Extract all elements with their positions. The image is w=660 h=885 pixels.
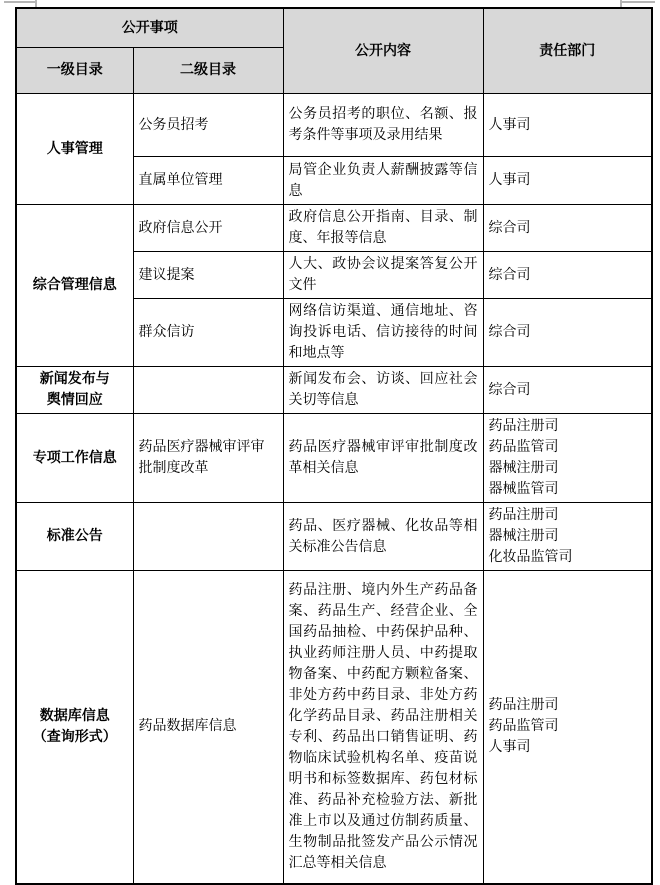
- cell-level1-news: 新闻发布与 舆情回应: [16, 367, 133, 414]
- table-row: 新闻发布与 舆情回应 新闻发布会、访谈、回应社会关切等信息 综合司: [16, 367, 652, 414]
- cell-level1-special-work: 专项工作信息: [16, 414, 133, 503]
- cell-content: 政府信息公开指南、目录、制度、年报等信息: [283, 205, 483, 252]
- header-responsible-department: 责任部门: [483, 8, 652, 94]
- cell-level2: 政府信息公开: [133, 205, 283, 252]
- cell-content: 药品注册、境内外生产药品备案、药品生产、经营企业、全国药品抽检、中药保护品种、执…: [283, 571, 483, 884]
- cell-content: 新闻发布会、访谈、回应社会关切等信息: [283, 367, 483, 414]
- cell-department: 综合司: [483, 252, 652, 299]
- cell-department: 药品注册司 药品监管司 人事司: [483, 571, 652, 884]
- table-row: 标准公告 药品、医疗器械、化妆品等相关标准公告信息 药品注册司 器械注册司 化妆…: [16, 503, 652, 571]
- table-row: 综合管理信息 政府信息公开 政府信息公开指南、目录、制度、年报等信息 综合司: [16, 205, 652, 252]
- header-level2-catalog: 二级目录: [133, 48, 283, 94]
- cell-department: 药品注册司 器械注册司 化妆品监管司: [483, 503, 652, 571]
- table-row: 数据库信息 （查询形式） 药品数据库信息 药品注册、境内外生产药品备案、药品生产…: [16, 571, 652, 884]
- page-corner-mark-top-right-horizontal: [621, 1, 655, 3]
- table-row: 专项工作信息 药品医疗器械审评审批制度改革 药品医疗器械审评审批制度改革相关信息…: [16, 414, 652, 503]
- cell-department: 综合司: [483, 205, 652, 252]
- cell-department: 药品注册司 药品监管司 器械注册司 器械监管司: [483, 414, 652, 503]
- cell-department: 人事司: [483, 157, 652, 205]
- cell-level1-database: 数据库信息 （查询形式）: [16, 571, 133, 884]
- cell-department: 人事司: [483, 94, 652, 157]
- cell-content: 人大、政协会议提案答复公开文件: [283, 252, 483, 299]
- cell-content: 药品、医疗器械、化妆品等相关标准公告信息: [283, 503, 483, 571]
- table-row: 人事管理 公务员招考 公务员招考的职位、名额、报考条件等事项及录用结果 人事司: [16, 94, 652, 157]
- cell-level2: 药品数据库信息: [133, 571, 283, 884]
- cell-level2-empty: [133, 367, 283, 414]
- cell-level2: 群众信访: [133, 299, 283, 367]
- cell-level2-empty: [133, 503, 283, 571]
- cell-department: 综合司: [483, 367, 652, 414]
- cell-level1-standards: 标准公告: [16, 503, 133, 571]
- cell-level2: 建议提案: [133, 252, 283, 299]
- cell-content: 公务员招考的职位、名额、报考条件等事项及录用结果: [283, 94, 483, 157]
- header-level1-catalog: 一级目录: [16, 48, 133, 94]
- cell-level2: 公务员招考: [133, 94, 283, 157]
- cell-department: 综合司: [483, 299, 652, 367]
- disclosure-table: 公开事项 公开内容 责任部门 一级目录 二级目录 人事管理 公务员招考 公务员招…: [15, 7, 653, 885]
- cell-level2: 直属单位管理: [133, 157, 283, 205]
- page-corner-mark-top-left-horizontal: [4, 1, 37, 3]
- cell-content: 局管企业负责人薪酬披露等信息: [283, 157, 483, 205]
- cell-level1-comprehensive: 综合管理信息: [16, 205, 133, 367]
- header-public-matters: 公开事项: [16, 8, 283, 48]
- cell-content: 药品医疗器械审评审批制度改革相关信息: [283, 414, 483, 503]
- cell-level2: 药品医疗器械审评审批制度改革: [133, 414, 283, 503]
- cell-level1-personnel: 人事管理: [16, 94, 133, 205]
- header-public-content: 公开内容: [283, 8, 483, 94]
- cell-content: 网络信访渠道、通信地址、咨询投诉电话、信访接待的时间和地点等: [283, 299, 483, 367]
